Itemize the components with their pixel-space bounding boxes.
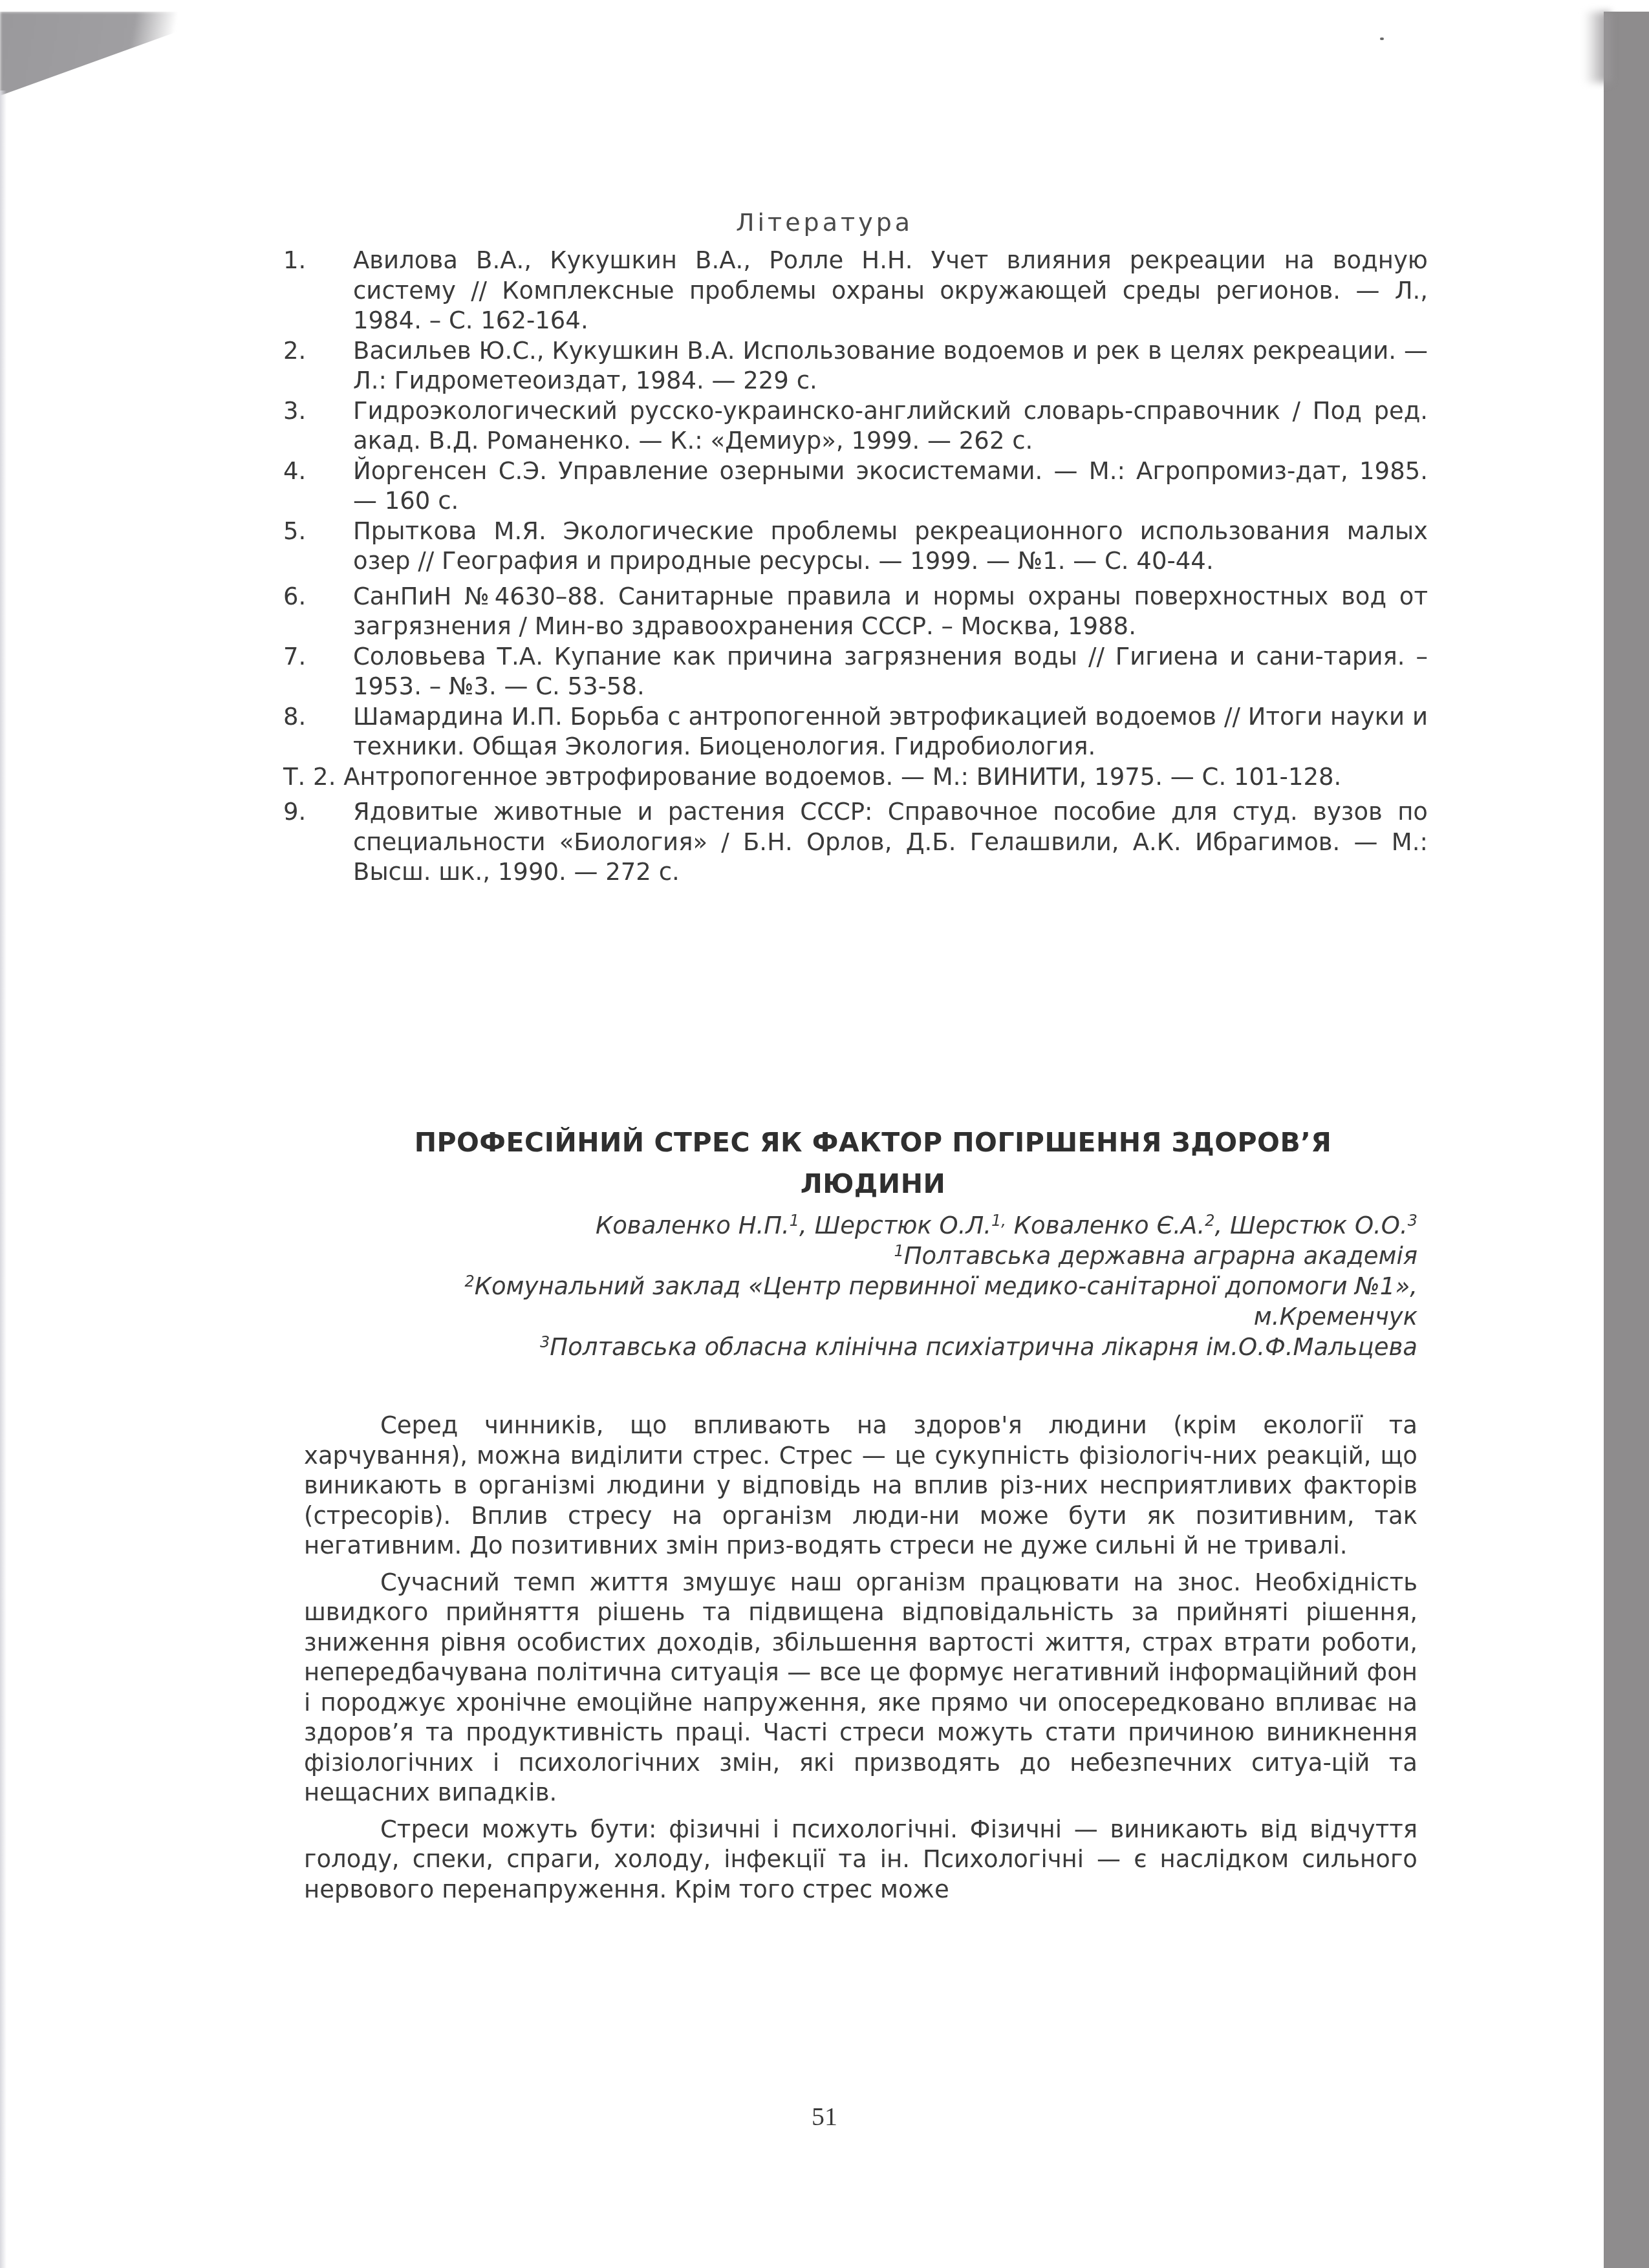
affiliation-mark: 3 bbox=[540, 1333, 550, 1351]
reference-number: 3. bbox=[283, 396, 353, 456]
reference-item: 2. Васильев Ю.С., Кукушкин В.А. Использо… bbox=[283, 336, 1428, 396]
reference-number: 8. bbox=[283, 702, 353, 762]
reference-number: 1. bbox=[283, 246, 353, 336]
references-heading: Література bbox=[0, 208, 1649, 237]
body-paragraph: Сучасний темп життя змушує наш організм … bbox=[304, 1568, 1417, 1808]
reference-text: Соловьева Т.А. Купание как причина загря… bbox=[353, 642, 1428, 702]
author-separator: , bbox=[799, 1212, 815, 1239]
author-name: Шерстюк О.О. bbox=[1230, 1212, 1408, 1239]
reference-text: Васильев Ю.С., Кукушкин В.А. Использован… bbox=[353, 336, 1428, 396]
article-title-line-2: ЛЮДИНИ bbox=[304, 1163, 1442, 1204]
affiliation-text: м.Кременчук bbox=[1254, 1303, 1417, 1331]
reference-item: 6. СанПиН №4630–88. Санитарные правила и… bbox=[283, 582, 1428, 642]
reference-number: 2. bbox=[283, 336, 353, 396]
reference-text: Йоргенсен С.Э. Управление озерными экоси… bbox=[353, 456, 1428, 517]
affiliation-mark: 1 bbox=[894, 1242, 904, 1260]
reference-number: 4. bbox=[283, 456, 353, 517]
reference-text: Шамардина И.П. Борьба с антропогенной эв… bbox=[353, 702, 1428, 762]
author-affiliation-mark: 1, bbox=[991, 1212, 1006, 1230]
author-name: Коваленко Н.П. bbox=[596, 1212, 790, 1239]
reference-text: Гидроэкологический русско-украинско-англ… bbox=[353, 396, 1428, 456]
author-separator: , bbox=[1214, 1212, 1230, 1239]
reference-text: Прыткова М.Я. Экологические проблемы рек… bbox=[353, 517, 1428, 577]
authors-affiliations: Коваленко Н.П.1, Шерстюк О.Л.1, Коваленк… bbox=[304, 1210, 1417, 1362]
references-list: 1. Авилова В.А., Кукушкин В.А., Ролле Н.… bbox=[283, 246, 1428, 888]
affiliation-mark: 2 bbox=[464, 1272, 474, 1290]
affiliation-text: Комунальний заклад «Центр первинної меди… bbox=[475, 1272, 1417, 1300]
author-name: Шерстюк О.Л. bbox=[815, 1212, 991, 1239]
document-page: Література 1. Авилова В.А., Кукушкин В.А… bbox=[0, 0, 1649, 2268]
affiliation-text: Полтавська обласна клінічна психіатрична… bbox=[550, 1333, 1417, 1361]
authors-line: Коваленко Н.П.1, Шерстюк О.Л.1, Коваленк… bbox=[304, 1210, 1417, 1241]
author-affiliation-mark: 1 bbox=[790, 1212, 799, 1230]
reference-number: 7. bbox=[283, 642, 353, 702]
article-title: ПРОФЕСІЙНИЙ СТРЕС ЯК ФАКТОР ПОГІРШЕННЯ З… bbox=[304, 1122, 1442, 1204]
reference-item: 9. Ядовитые животные и растения СССР: Сп… bbox=[283, 797, 1428, 888]
reference-continuation: Т. 2. Антропогенное эвтрофирование водое… bbox=[283, 762, 1428, 793]
reference-item: 4. Йоргенсен С.Э. Управление озерными эк… bbox=[283, 456, 1428, 517]
body-paragraph: Серед чинників, що впливають на здоров'я… bbox=[304, 1411, 1417, 1561]
reference-text: Авилова В.А., Кукушкин В.А., Ролле Н.Н. … bbox=[353, 246, 1428, 336]
author-affiliation-mark: 2 bbox=[1205, 1212, 1214, 1230]
reference-item: 3. Гидроэкологический русско-украинско-а… bbox=[283, 396, 1428, 456]
page-number: 51 bbox=[0, 2101, 1649, 2132]
reference-item: 8. Шамардина И.П. Борьба с антропогенной… bbox=[283, 702, 1428, 762]
article-title-line-1: ПРОФЕСІЙНИЙ СТРЕС ЯК ФАКТОР ПОГІРШЕННЯ З… bbox=[304, 1122, 1442, 1163]
reference-text: СанПиН №4630–88. Санитарные правила и но… bbox=[353, 582, 1428, 642]
reference-item: 7. Соловьева Т.А. Купание как причина за… bbox=[283, 642, 1428, 702]
affiliation-line: 3Полтавська обласна клінічна психіатричн… bbox=[304, 1332, 1417, 1362]
reference-number: 6. bbox=[283, 582, 353, 642]
affiliation-line: 1Полтавська державна аграрна академія bbox=[304, 1241, 1417, 1271]
reference-number: 9. bbox=[283, 797, 353, 888]
article-body: Серед чинників, що впливають на здоров'я… bbox=[304, 1411, 1417, 1911]
body-paragraph: Стреси можуть бути: фізичні і психологіч… bbox=[304, 1815, 1417, 1905]
author-separator bbox=[1006, 1212, 1014, 1239]
reference-item: 5. Прыткова М.Я. Экологические проблемы … bbox=[283, 517, 1428, 577]
author-affiliation-mark: 3 bbox=[1408, 1212, 1417, 1230]
reference-item: 1. Авилова В.А., Кукушкин В.А., Ролле Н.… bbox=[283, 246, 1428, 336]
author-name: Коваленко Є.А. bbox=[1014, 1212, 1205, 1239]
reference-text: Ядовитые животные и растения СССР: Справ… bbox=[353, 797, 1428, 888]
reference-number: 5. bbox=[283, 517, 353, 577]
affiliation-text: Полтавська державна аграрна академія bbox=[904, 1242, 1417, 1270]
affiliation-line: 2Комунальний заклад «Центр первинної мед… bbox=[304, 1271, 1417, 1301]
affiliation-line: м.Кременчук bbox=[304, 1301, 1417, 1332]
